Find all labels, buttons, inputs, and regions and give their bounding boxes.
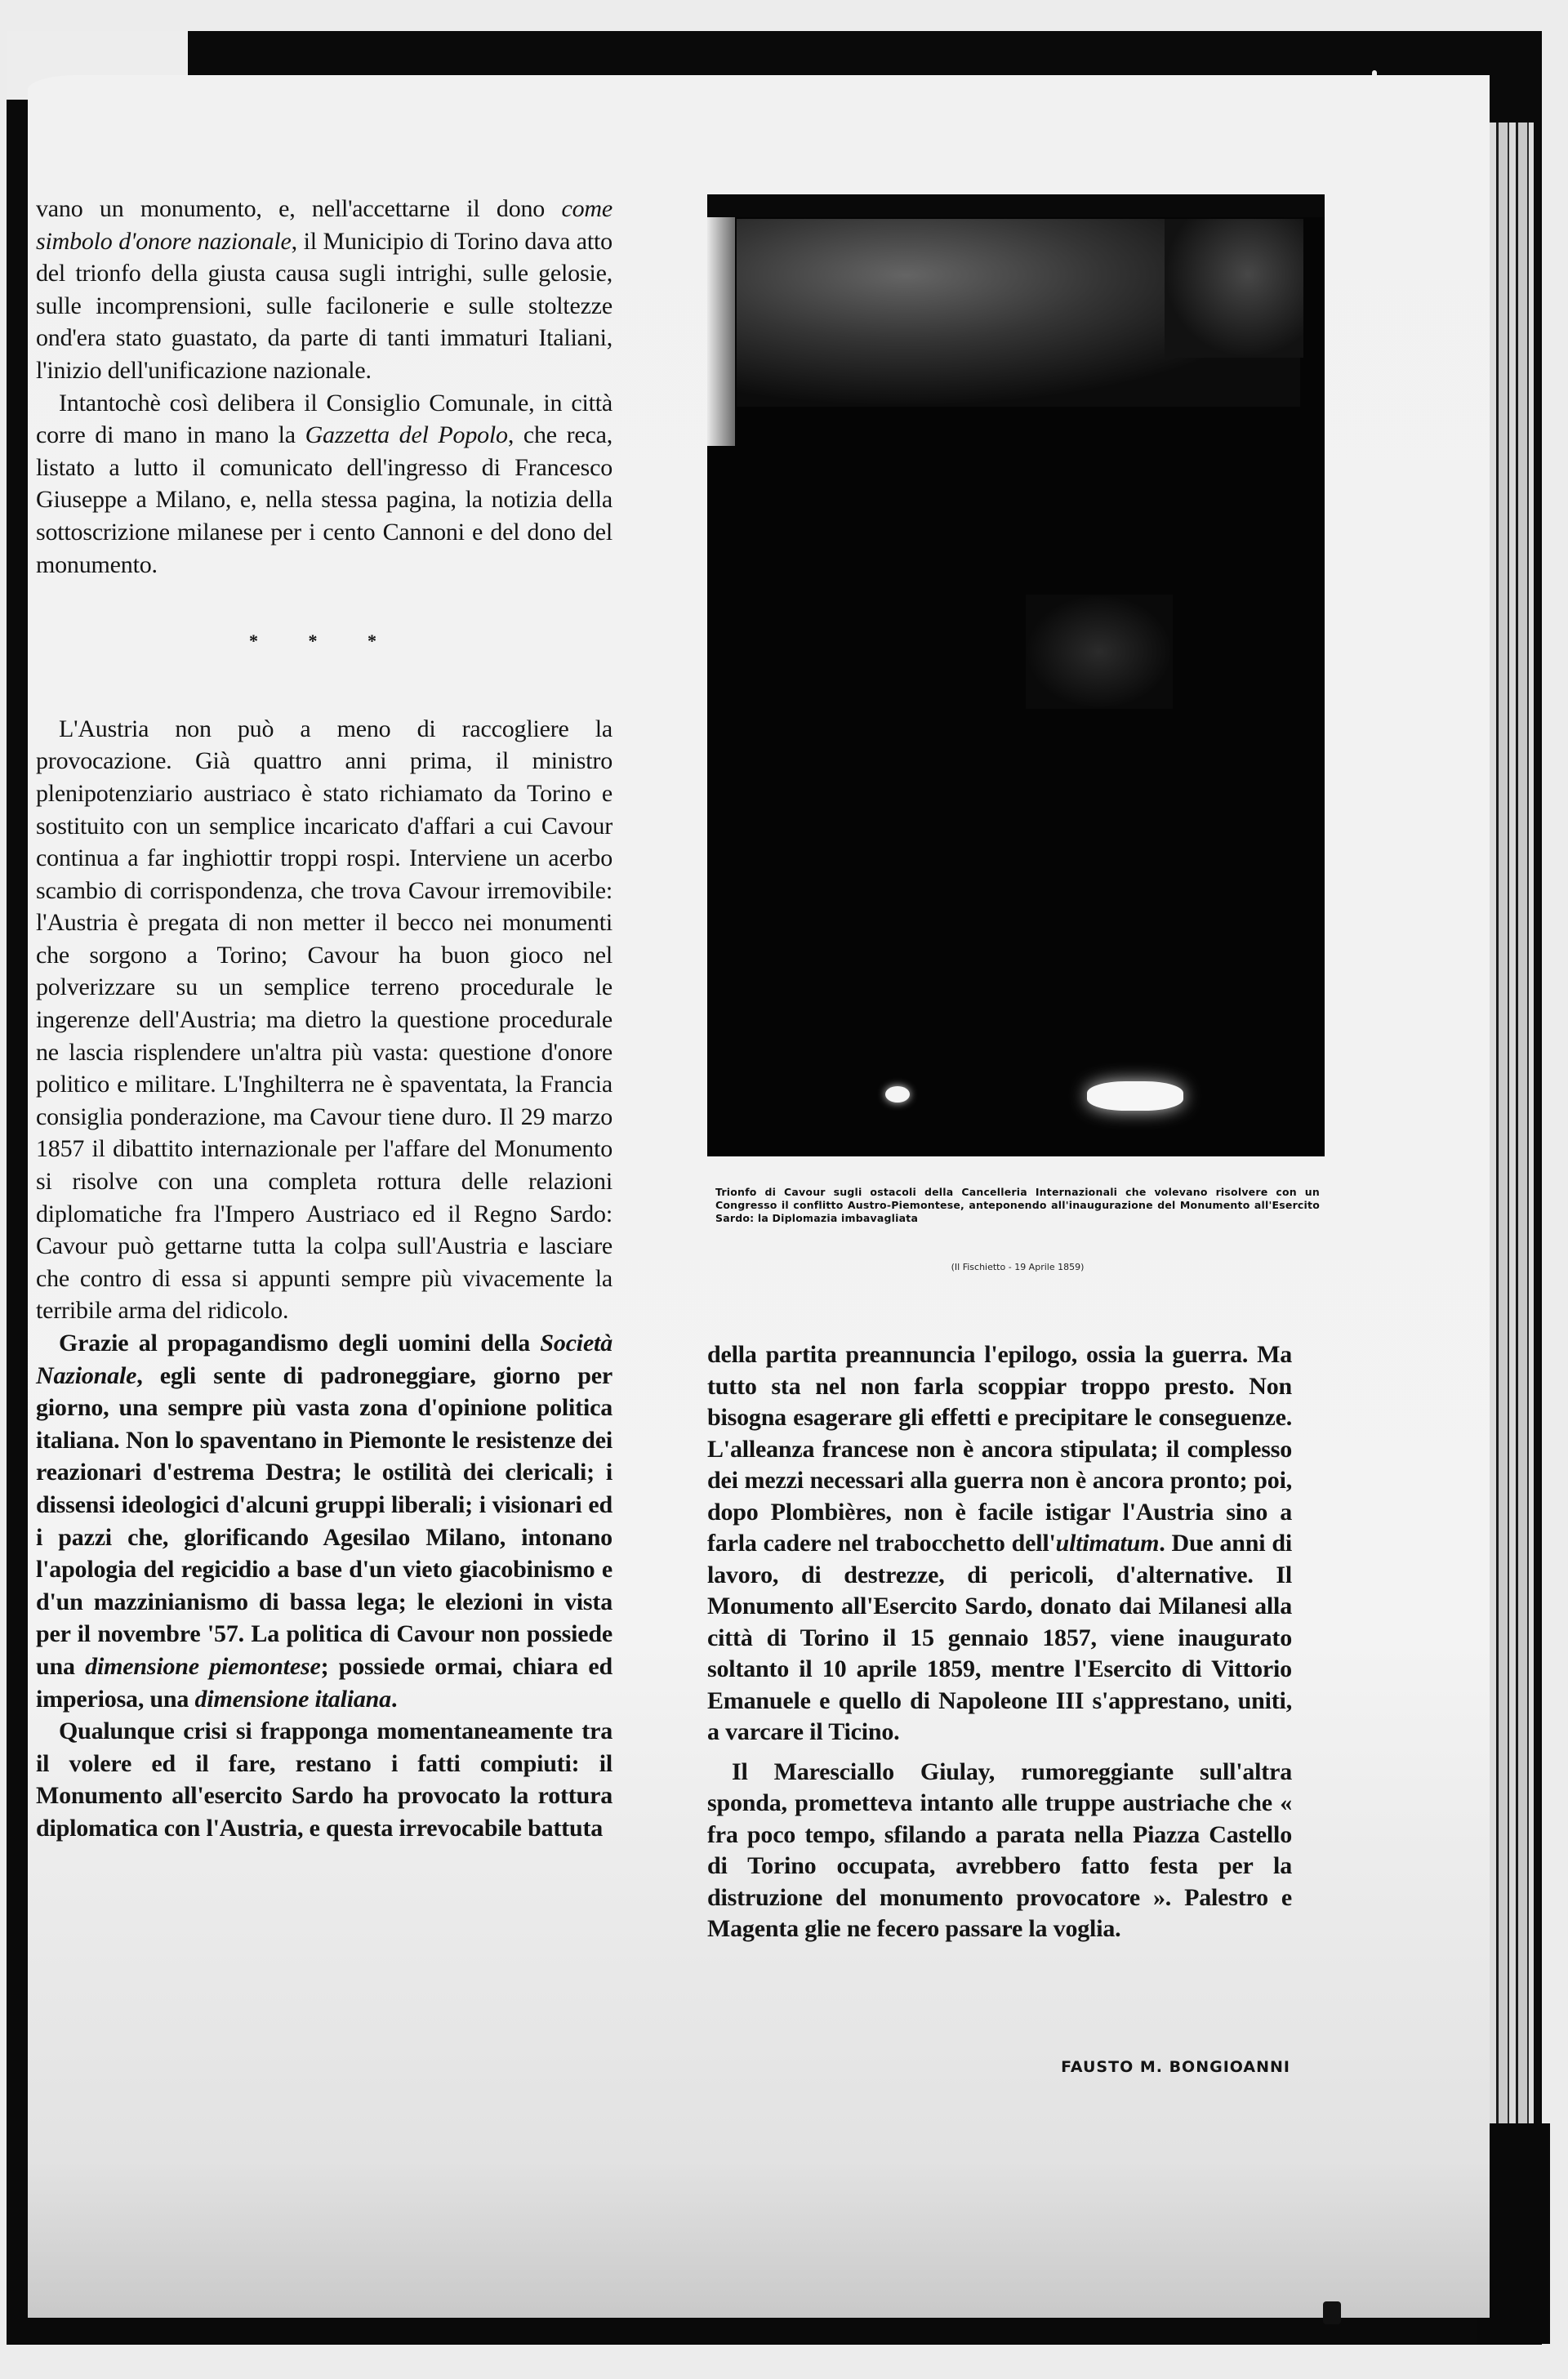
section-separator: * * * [36,625,612,657]
photo-highlight [885,1086,910,1103]
figure-caption: Trionfo di Cavour sugli ostacoli della C… [715,1186,1320,1225]
newspaper-title: Gazzetta del Popolo [305,421,508,448]
text: Grazie al propagandismo degli uomini del… [59,1330,540,1357]
photo-building [1165,219,1303,358]
photo-figure [1026,595,1173,709]
scan-speck [1372,70,1377,80]
historical-photo [707,194,1325,1156]
left-column: vano un monumento, e, nell'accettarne il… [36,193,612,1845]
paragraph-6: della partita preannuncia l'epilogo, oss… [707,1339,1292,1749]
photo-top-band [707,194,1325,217]
italic-phrase: dimensione piemontese [85,1653,320,1680]
italic-phrase: ultimatum [1056,1530,1160,1557]
paragraph-7: Il Maresciallo Giulay, rumoreggiante sul… [707,1757,1292,1945]
text: vano un monumento, e, nell'accettarne il… [36,195,562,222]
italic-phrase: dimensione italiana [195,1686,391,1713]
paragraph-2: Intantochè così delibera il Consiglio Co… [36,387,612,581]
paragraph-3: L'Austria non può a meno di raccogliere … [36,713,612,1327]
author-signature: FAUSTO M. BONGIOANNI [1045,2058,1290,2076]
text: della partita preannuncia l'epilogo, oss… [707,1341,1292,1557]
text: . [391,1686,397,1713]
figure-source: (Il Fischietto - 19 Aprile 1859) [715,1262,1320,1272]
text: . Due anni di lavoro, di destrezze, di p… [707,1530,1292,1745]
photo-left-edge [707,217,735,446]
text: , egli sente di padroneggiare, giorno pe… [36,1362,612,1680]
photo-highlight [1087,1081,1183,1111]
paragraph-1: vano un monumento, e, nell'accettarne il… [36,193,612,387]
paragraph-5: Qualunque crisi si frapponga momentaneam… [36,1715,612,1844]
right-column: della partita preannuncia l'epilogo, oss… [707,1339,1292,1945]
ink-blot [1323,2301,1341,2324]
paragraph-4: Grazie al propagandismo degli uomini del… [36,1327,612,1715]
